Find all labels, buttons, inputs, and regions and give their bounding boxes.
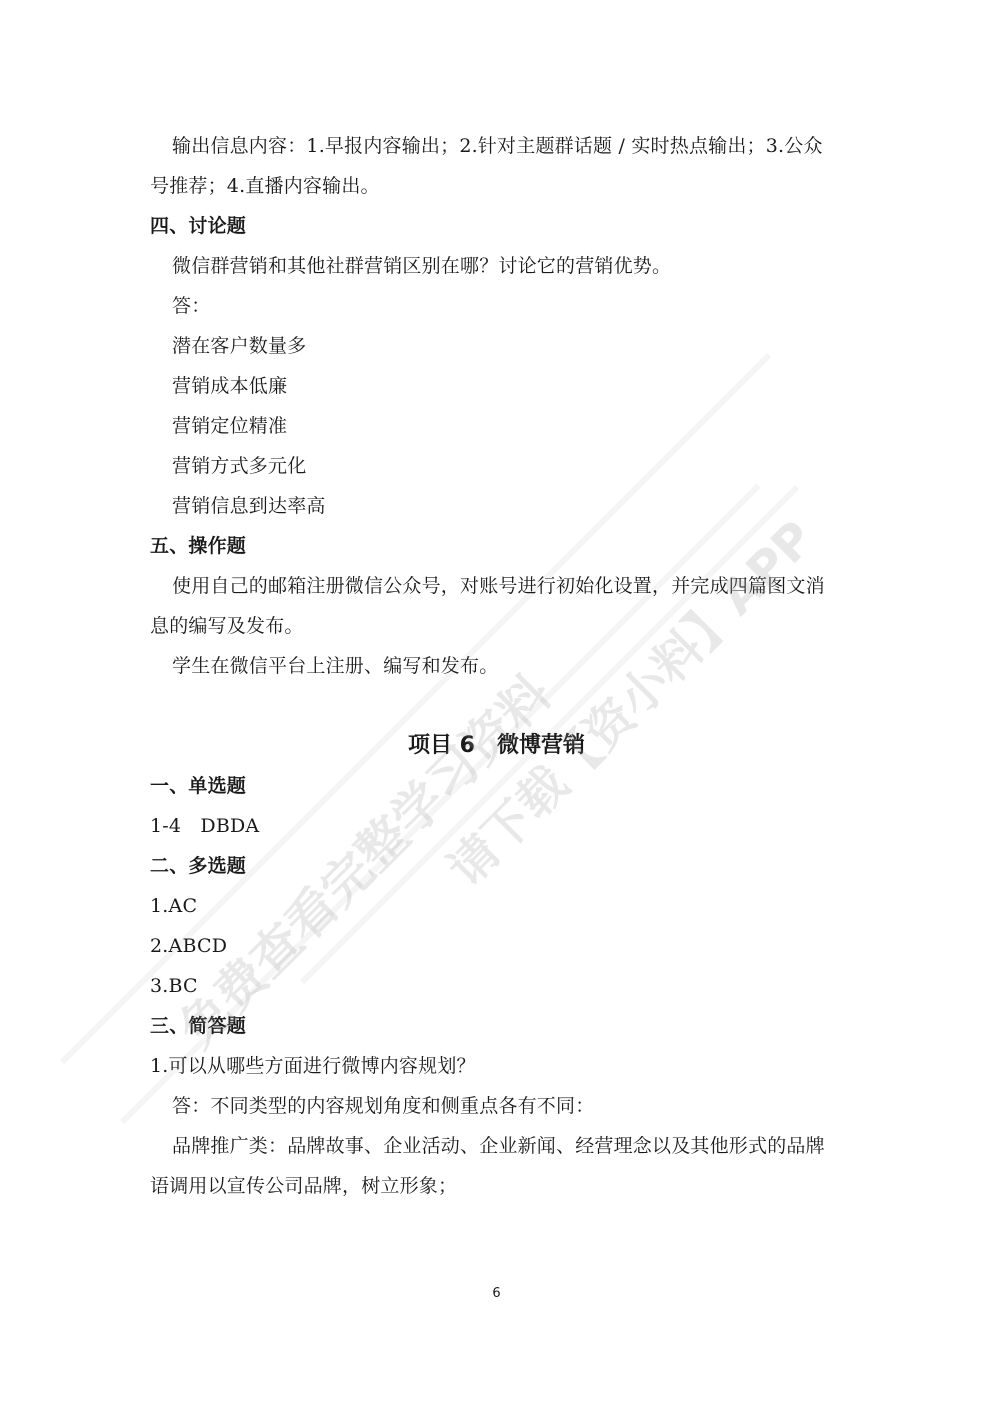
multi-choice-answer: 1.AC xyxy=(150,894,197,918)
section-heading-short-answer: 三、简答题 xyxy=(150,1014,246,1038)
section-heading-multi-choice: 二、多选题 xyxy=(150,854,246,878)
page-number: 6 xyxy=(0,1286,993,1301)
advantage-item: 营销定位精准 xyxy=(172,414,287,438)
section-heading-discussion: 四、讨论题 xyxy=(150,214,246,238)
watermark-text-2: 请下载【资小料】APP xyxy=(430,502,826,898)
output-info-line-2: 号推荐；4.直播内容输出。 xyxy=(150,174,380,198)
short-answer-question-1: 1.可以从哪些方面进行微博内容规划？ xyxy=(150,1054,476,1078)
single-choice-answer: 1-4 DBDA xyxy=(150,814,259,838)
operation-task-line-1: 使用自己的邮箱注册微信公众号，对账号进行初始化设置，并完成四篇图文消 xyxy=(172,574,825,598)
advantage-item: 营销信息到达率高 xyxy=(172,494,326,518)
brand-promotion-line-1: 品牌推广类：品牌故事、企业活动、企业新闻、经营理念以及其他形式的品牌 xyxy=(172,1134,825,1158)
operation-answer: 学生在微信平台上注册、编写和发布。 xyxy=(172,654,498,678)
discussion-question: 微信群营销和其他社群营销区别在哪？讨论它的营销优势。 xyxy=(172,254,671,278)
advantage-item: 营销方式多元化 xyxy=(172,454,306,478)
section-heading-operation: 五、操作题 xyxy=(150,534,246,558)
multi-choice-answer: 3.BC xyxy=(150,974,198,998)
advantage-item: 潜在客户数量多 xyxy=(172,334,306,358)
advantage-item: 营销成本低廉 xyxy=(172,374,287,398)
short-answer-intro: 答：不同类型的内容规划角度和侧重点各有不同： xyxy=(172,1094,594,1118)
output-info-line-1: 输出信息内容：1.早报内容输出；2.针对主题群话题 / 实时热点输出；3.公众 xyxy=(172,134,823,158)
document-page: 输出信息内容：1.早报内容输出；2.针对主题群话题 / 实时热点输出；3.公众 … xyxy=(0,0,993,1404)
brand-promotion-line-2: 语调用以宣传公司品牌，树立形象； xyxy=(150,1174,457,1198)
project-title: 项目 6 微博营销 xyxy=(0,732,993,760)
section-heading-single-choice: 一、单选题 xyxy=(150,774,246,798)
operation-task-line-2: 息的编写及发布。 xyxy=(150,614,304,638)
answer-label: 答： xyxy=(172,294,210,318)
multi-choice-answer: 2.ABCD xyxy=(150,934,227,958)
